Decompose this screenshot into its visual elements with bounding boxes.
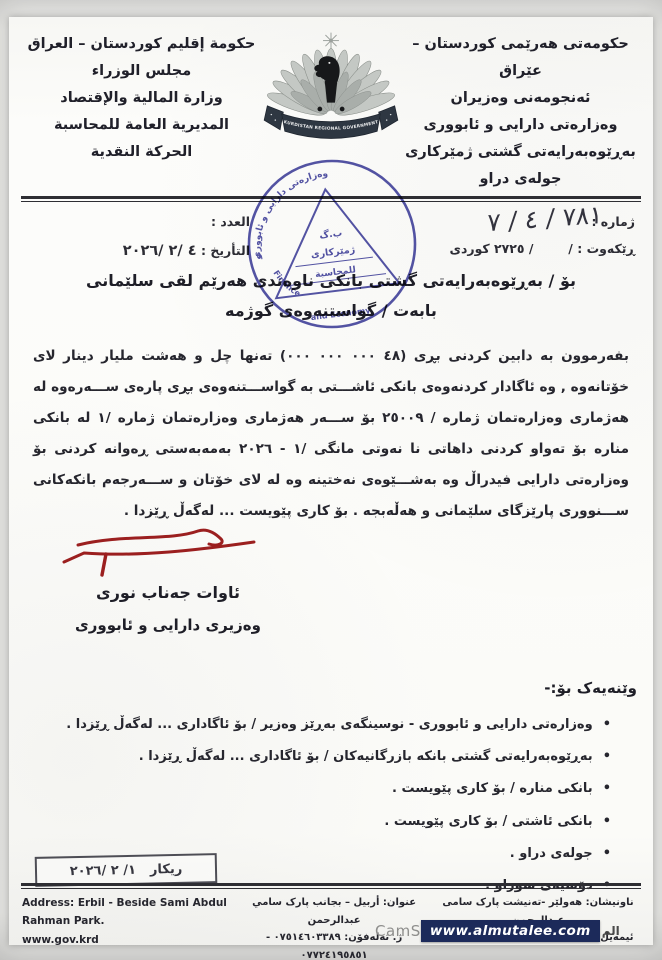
footer-website: www.gov.krd bbox=[22, 931, 232, 949]
letter-body: بفەرموون بە دابین کردنی بڕی (٤٨ ٠٠٠ ٠٠٠ … bbox=[33, 341, 629, 527]
stamp-english-line2: and Economy bbox=[310, 306, 371, 322]
ministry-round-stamp: وزارة المالية والإقتصاد وەزارەتی دارایی … bbox=[235, 147, 429, 341]
camscanner-watermark-text: CamS bbox=[375, 922, 421, 940]
signer-title: وەزیری دارایی و ئابووری bbox=[39, 616, 297, 634]
letterhead-arabic: حكومة إقليم كوردستان – العراق مجلس الوزر… bbox=[25, 31, 258, 166]
letterhead-line: وەزارەتی دارایی و ئابووری bbox=[404, 112, 637, 139]
footer-address-english: Address: Erbil - Beside Sami Abdul Rahma… bbox=[22, 894, 232, 931]
watermark-arabic-fragment: الم bbox=[602, 924, 620, 938]
cc-item-text: وەزارەتی دارایی و ئابووری - نوسینگەی بەڕ… bbox=[66, 709, 592, 741]
letterhead-line: حکومەتی هەرێمی کوردستان – عێراق bbox=[404, 31, 637, 85]
letterhead-kurdish: حکومەتی هەرێمی کوردستان – عێراق ئەنجومەن… bbox=[404, 31, 637, 193]
krg-eagle-icon: KURDISTAN REGIONAL GOVERNMENT bbox=[261, 31, 401, 152]
stamp-triangle-line1: ب.گ bbox=[319, 227, 343, 242]
signer-name: ئاوات جەناب نوری bbox=[39, 583, 297, 602]
letterhead-line: المديرية العامة للمحاسبة bbox=[25, 112, 258, 139]
ref-date-label-ar: التأريخ : bbox=[201, 243, 250, 258]
krg-emblem: KURDISTAN REGIONAL GOVERNMENT bbox=[258, 31, 404, 152]
letterhead-line: مجلس الوزراء bbox=[25, 58, 258, 85]
reference-arabic: العدد : التأريخ : ٤ /٢ /٢٠٢٦ bbox=[75, 209, 250, 267]
stamp-triangle-line2: ژمێرکاری bbox=[310, 244, 355, 260]
svg-text:وەزارەتی دارایی و ئابووری: وەزارەتی دارایی و ئابووری bbox=[243, 169, 337, 261]
bullet-icon: • bbox=[603, 709, 611, 741]
watermark: CamS www.almutalee.com الم bbox=[375, 920, 620, 942]
handwritten-date: ٤ /٢ /٢٠٢٦ bbox=[123, 243, 197, 259]
letterhead-line: ئەنجومەنی وەزیران bbox=[404, 85, 637, 112]
cc-item: • بەڕێوەبەرایەتی گشتی بانکە بازرگانیەکان… bbox=[25, 741, 637, 773]
cc-item-text: بەڕێوەبەرایەتی گشتی بانکە بازرگانیەکان /… bbox=[139, 741, 593, 773]
handwritten-signature-icon bbox=[48, 515, 288, 577]
cc-heading: وێنەیەک بۆ:- bbox=[25, 679, 637, 697]
cc-item-text: بانکی منارە / بۆ کاری پێویست . bbox=[392, 773, 593, 805]
letterhead-line: بەڕێوەبەرایەتی گشتی ژمێرکاری bbox=[404, 139, 637, 166]
cc-item: • وەزارەتی دارایی و ئابووری - نوسینگەی ب… bbox=[25, 709, 637, 741]
ref-date-kurdish-label: ڕێکەوت : bbox=[577, 241, 635, 256]
scanned-letter-photo: حکومەتی هەرێمی کوردستان – عێراق ئەنجومەن… bbox=[0, 0, 662, 960]
footer-english: Address: Erbil - Beside Sami Abdul Rahma… bbox=[16, 894, 232, 960]
letter-page: حکومەتی هەرێمی کوردستان – عێراق ئەنجومەن… bbox=[9, 17, 653, 945]
letterhead-line: حكومة إقليم كوردستان – العراق bbox=[25, 31, 258, 58]
footer-divider bbox=[21, 883, 641, 889]
bullet-icon: • bbox=[603, 806, 611, 838]
bullet-icon: • bbox=[603, 741, 611, 773]
cc-item-text: جولەی دراو . bbox=[510, 838, 593, 870]
cc-item: • بانکی ئاشتی / بۆ کاری پێویست . bbox=[25, 806, 637, 838]
cc-item: • بانکی منارە / بۆ کاری پێویست . bbox=[25, 773, 637, 805]
almutalee-watermark-badge: www.almutalee.com bbox=[421, 920, 600, 942]
received-date-stamp: ریکار ١/ ٢ /٢٠٢٦ bbox=[35, 853, 218, 887]
received-stamp-label: ریکار bbox=[150, 861, 183, 877]
letterhead-line: وزارة المالية والإقتصاد bbox=[25, 85, 258, 112]
stamp-kurdish-arc-text: وەزارەتی دارایی و ئابووری bbox=[243, 169, 337, 261]
cc-item-text: بانکی ئاشتی / بۆ کاری پێویست . bbox=[384, 806, 592, 838]
handwritten-ref-number: ٧٨١ / ٤ / ٧ bbox=[486, 188, 603, 250]
bullet-icon: • bbox=[603, 838, 611, 870]
signature-block: ئاوات جەناب نوری وەزیری دارایی و ئابووری bbox=[39, 515, 297, 634]
received-stamp-date: ١/ ٢ /٢٠٢٦ bbox=[70, 862, 136, 878]
letterhead-line: الحركة النقدية bbox=[25, 139, 258, 166]
bullet-icon: • bbox=[603, 773, 611, 805]
